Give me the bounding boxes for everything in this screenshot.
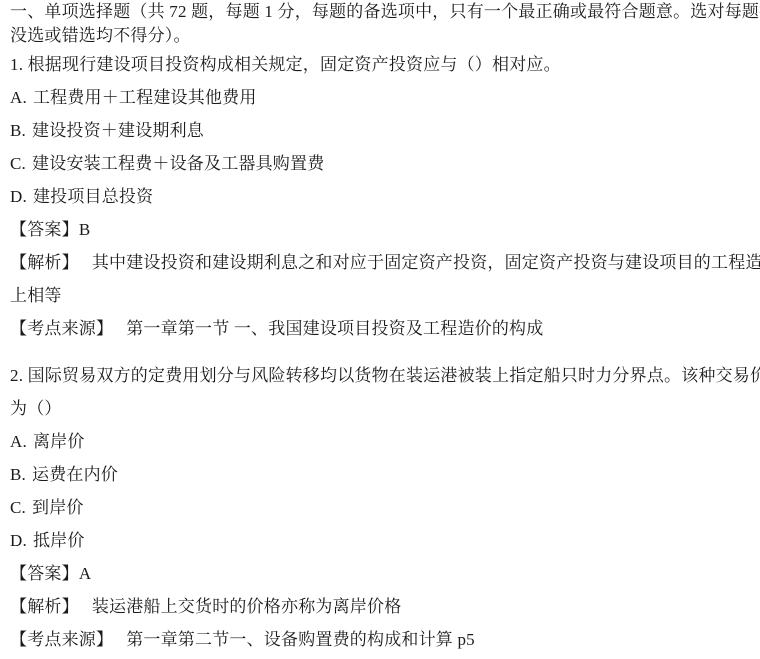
option-text: 离岸价 (33, 432, 85, 451)
source-text: 第一章第一节 一、我国建设项目投资及工程造价的构成 (126, 319, 543, 338)
source-tag: 【考点来源】 (10, 630, 113, 649)
source-text: 第一章第二节一、设备购置费的构成和计算 p5 (126, 630, 475, 649)
option-label: B. (10, 465, 26, 484)
question-2-option-c: C.到岸价 (10, 491, 754, 524)
analysis-tag: 【解析】 (10, 597, 79, 616)
question-1-option-d: D.建投项目总投资 (10, 180, 754, 213)
section-header-line-2: 没选或错选均不得分）。 (10, 24, 754, 48)
answer-tag: 【答案】 (10, 220, 79, 239)
question-1-analysis-line: 【解析】其中建设投资和建设期利息之和对应于固定资产投资，固定资产投资与建设项目的… (10, 246, 754, 279)
analysis-text: 装运港船上交货时的价格亦称为离岸价格 (92, 597, 402, 616)
question-2-option-b: B.运费在内价 (10, 458, 754, 491)
answer-value: B (79, 220, 91, 239)
question-2-stem-continuation: 为（） (10, 392, 754, 425)
question-2-option-d: D.抵岸价 (10, 524, 754, 557)
answer-tag: 【答案】 (10, 564, 79, 583)
question-1-option-b: B.建设投资＋建设期利息 (10, 114, 754, 147)
option-text: 工程费用＋工程建设其他费用 (33, 88, 257, 107)
option-text: 到岸价 (32, 498, 84, 517)
question-2-stem: 2. 国际贸易双方的定费用划分与风险转移均以货物在装运港被装上指定船只时力分界点… (10, 359, 754, 392)
option-label: A. (10, 432, 27, 451)
question-1-answer-line: 【答案】B (10, 213, 754, 246)
analysis-text: 其中建设投资和建设期利息之和对应于固定资产投资，固定资产投资与建设项目的工程造价… (92, 253, 760, 272)
option-label: A. (10, 88, 27, 107)
option-label: C. (10, 154, 26, 173)
question-2-option-a: A.离岸价 (10, 425, 754, 458)
analysis-tag: 【解析】 (10, 253, 79, 272)
question-2-analysis-line: 【解析】装运港船上交货时的价格亦称为离岸价格 (10, 590, 754, 623)
question-1-option-c: C.建设安装工程费＋设备及工器具购置费 (10, 147, 754, 180)
answer-value: A (79, 564, 91, 583)
option-label: B. (10, 121, 26, 140)
option-label: C. (10, 498, 26, 517)
option-text: 抵岸价 (33, 531, 85, 550)
source-tag: 【考点来源】 (10, 319, 113, 338)
option-text: 建投项目总投资 (33, 187, 153, 206)
option-label: D. (10, 187, 27, 206)
option-label: D. (10, 531, 27, 550)
section-header-line-1: 一、单项选择题（共 72 题，每题 1 分，每题的备选项中，只有一个最正确或最符… (10, 0, 754, 24)
question-2-source-line: 【考点来源】第一章第二节一、设备购置费的构成和计算 p5 (10, 623, 754, 656)
option-text: 建设投资＋建设期利息 (32, 121, 204, 140)
question-1: 1. 根据现行建设项目投资构成相关规定，固定资产投资应与（）相对应。 A.工程费… (10, 48, 754, 345)
question-1-stem: 1. 根据现行建设项目投资构成相关规定，固定资产投资应与（）相对应。 (10, 48, 754, 81)
option-text: 建设安装工程费＋设备及工器具购置费 (32, 154, 324, 173)
option-text: 运费在内价 (32, 465, 118, 484)
question-1-source-line: 【考点来源】第一章第一节 一、我国建设项目投资及工程造价的构成 (10, 312, 754, 345)
exam-document: 一、单项选择题（共 72 题，每题 1 分，每题的备选项中，只有一个最正确或最符… (0, 0, 760, 656)
question-2: 2. 国际贸易双方的定费用划分与风险转移均以货物在装运港被装上指定船只时力分界点… (10, 359, 754, 656)
question-1-analysis-continuation: 上相等 (10, 279, 754, 312)
question-2-answer-line: 【答案】A (10, 557, 754, 590)
section-header: 一、单项选择题（共 72 题，每题 1 分，每题的备选项中，只有一个最正确或最符… (10, 0, 754, 48)
question-1-option-a: A.工程费用＋工程建设其他费用 (10, 81, 754, 114)
